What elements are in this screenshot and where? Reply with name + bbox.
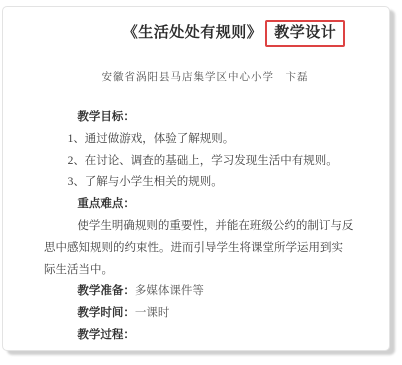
objective-item-3: 3、了解与小学生相关的规则。 (44, 172, 360, 194)
key-points-paragraph-line-2: 思中感知规则的约束性。进而引导学生将课堂所学运用到实 (44, 238, 360, 260)
time-line: 教学时间：一课时 (44, 303, 360, 325)
key-points-heading: 重点难点： (44, 194, 360, 216)
screenshot-stage: 《生活处处有规则》教学设计 安徽省涡阳县马店集学区中心小学 卞磊 教学目标： 1… (0, 0, 402, 365)
objectives-heading: 教学目标： (44, 107, 360, 129)
prep-label: 教学准备： (77, 285, 135, 297)
objective-item-2: 2、在讨论、调查的基础上，学习发现生活中有规则。 (44, 151, 360, 173)
prep-value: 多媒体课件等 (135, 285, 204, 297)
document-title: 《生活处处有规则》教学设计 (41, 20, 390, 47)
document-subtitle: 安徽省涡阳县马店集学区中心小学 卞磊 (12, 71, 390, 85)
prep-line: 教学准备：多媒体课件等 (44, 281, 360, 303)
title-highlight-box: 教学设计 (265, 20, 345, 47)
document-body: 教学目标： 1、通过做游戏，体验了解规则。 2、在讨论、调查的基础上，学习发现生… (44, 107, 360, 347)
process-heading: 教学过程： (44, 325, 360, 347)
title-text: 《生活处处有规则》 (123, 25, 263, 41)
key-points-paragraph-line-1: 使学生明确规则的重要性，并能在班级公约的制订与反 (44, 216, 360, 238)
time-value: 一课时 (135, 307, 170, 319)
key-points-paragraph-line-3: 际生活当中。 (44, 260, 360, 282)
time-label: 教学时间： (77, 307, 135, 319)
objective-item-1: 1、通过做游戏，体验了解规则。 (44, 129, 360, 151)
document-page: 《生活处处有规则》教学设计 安徽省涡阳县马店集学区中心小学 卞磊 教学目标： 1… (2, 6, 390, 351)
